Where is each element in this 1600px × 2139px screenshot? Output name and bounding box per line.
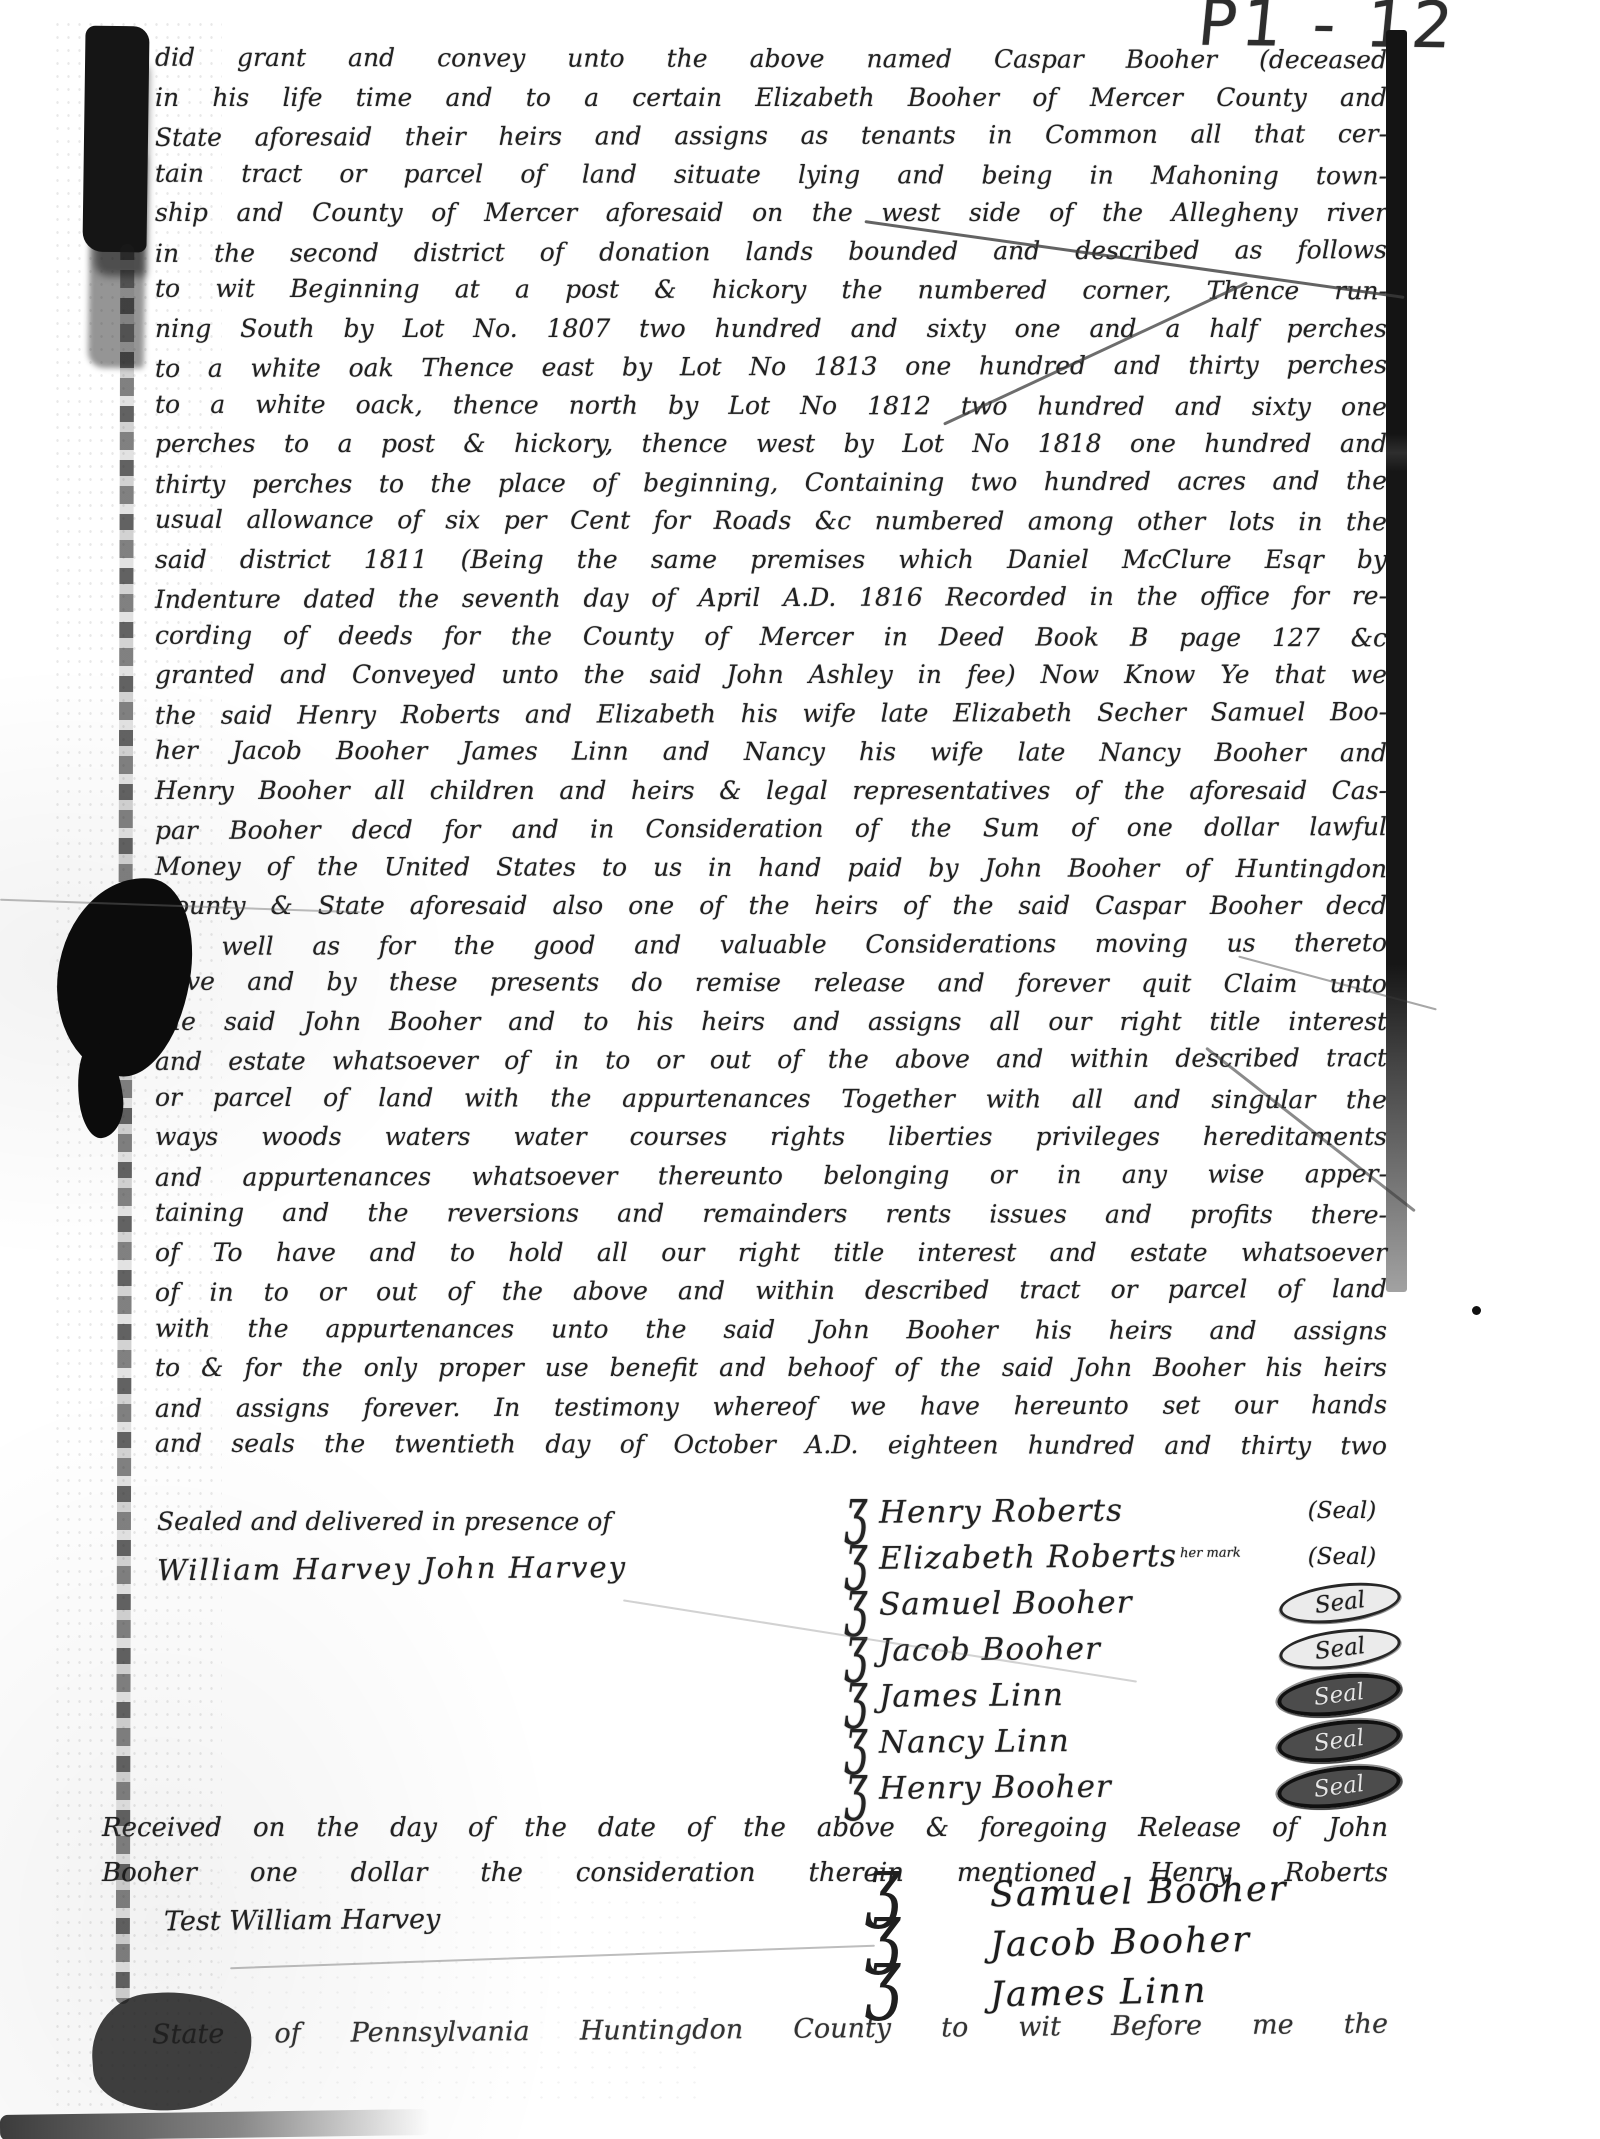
signature-name: Elizabeth Robertsher mark xyxy=(879,1537,1283,1577)
seal-stamp: Seal xyxy=(1277,1577,1403,1630)
signer-name: Samuel Booher xyxy=(879,1585,1133,1623)
left-edge-streak-artifact xyxy=(116,244,135,2004)
deed-body-line: or parcel of land with the appurtenances… xyxy=(155,1078,1387,1119)
deed-body-line: State aforesaid their heirs and assigns … xyxy=(155,115,1387,157)
signer-name: Nancy Linn xyxy=(879,1723,1070,1761)
deed-body-line: with the appurtenances unto the said Joh… xyxy=(155,1309,1387,1350)
witness-line: William Harvey John Harvey xyxy=(157,1546,797,1590)
signature-row: ʒ Samuel Booher Seal xyxy=(845,1580,1401,1626)
signer-name: Jacob Booher xyxy=(879,1631,1101,1669)
signature-row: ʒ Henry Booher Seal xyxy=(845,1764,1401,1810)
deed-body-line: Indenture dated the seventh day of April… xyxy=(155,577,1387,619)
deed-body-line: County & State aforesaid also one of the… xyxy=(155,887,1387,926)
signature-row: ʒ James Linn Seal xyxy=(845,1672,1401,1718)
signature-row: ʒ Nancy Linn Seal xyxy=(845,1718,1401,1764)
deed-body-line: and appurtenances whatsoever thereunto b… xyxy=(155,1155,1387,1197)
signature-row: ʒ Henry Roberts (Seal) xyxy=(845,1488,1401,1534)
left-edge-ink-artifact xyxy=(82,26,149,253)
scanned-deed-page: P1 - 12 did grant and convey unto the ab… xyxy=(0,0,1600,2139)
signature-name: Samuel Booher xyxy=(879,1583,1279,1622)
right-edge-bar-artifact xyxy=(1386,30,1407,1292)
receipt-line: Received on the day of the date of the a… xyxy=(102,1806,1388,1851)
deed-body-line: have and by these presents do remise rel… xyxy=(155,963,1387,1004)
deed-body-line: perches to a post & hickory, thence west… xyxy=(155,425,1387,464)
seal-stamp: Seal xyxy=(1275,1668,1403,1723)
signature-block: ʒ Henry Roberts (Seal) ʒ Elizabeth Rober… xyxy=(845,1488,1401,1810)
tall-brace-mark-icon: ʒ ʒ ʒ xyxy=(866,1862,901,2000)
deed-body-line: tain tract or parcel of land situate lyi… xyxy=(155,154,1387,195)
deed-body-line: to & for the only proper use benefit and… xyxy=(155,1349,1387,1388)
signature-name: James Linn xyxy=(879,1675,1277,1714)
seal-stamp: (Seal) xyxy=(1283,1544,1401,1570)
deed-body-line: par Booher decd for and in Consideration… xyxy=(155,808,1387,850)
deed-body-line: usual allowance of six per Cent for Road… xyxy=(155,501,1387,542)
witness-block: Sealed and delivered in presence of Will… xyxy=(157,1502,797,1588)
deed-body-line: taining and the reversions and remainder… xyxy=(155,1194,1387,1235)
deed-body-line: Money of the United States to us in hand… xyxy=(155,847,1387,888)
deed-body-line: the said Henry Roberts and Elizabeth his… xyxy=(155,693,1387,735)
second-signature-name: Samuel Booher xyxy=(990,1862,1411,1921)
signer-name: Elizabeth Roberts xyxy=(879,1538,1177,1577)
deed-body-line: cording of deeds for the County of Merce… xyxy=(155,616,1387,657)
seal-stamp: (Seal) xyxy=(1283,1498,1401,1524)
deed-body-line: Henry Booher all children and heirs & le… xyxy=(155,772,1387,811)
deed-body-line: as well as for the good and valuable Con… xyxy=(155,924,1387,966)
witness-line: Sealed and delivered in presence of xyxy=(157,1502,797,1542)
deed-body-line: her Jacob Booher James Linn and Nancy hi… xyxy=(155,732,1387,773)
ink-dot-artifact xyxy=(1472,1306,1481,1315)
deed-body-line: and assigns forever. In testimony whereo… xyxy=(155,1386,1387,1428)
crease-line-artifact xyxy=(230,1945,875,1970)
second-signature-block: Samuel Booher Jacob Booher James Linn xyxy=(990,1866,1410,2016)
signer-name: James Linn xyxy=(879,1677,1064,1715)
deed-body-line: to a white oack, thence north by Lot No … xyxy=(155,385,1387,426)
bottom-smear-artifact xyxy=(0,2109,430,2139)
her-mark-note: her mark xyxy=(1180,1546,1241,1562)
deed-body-line: and estate whatsoever of in to or out of… xyxy=(155,1039,1387,1081)
signature-name: Nancy Linn xyxy=(879,1721,1277,1760)
deed-body-line: did grant and convey unto the above name… xyxy=(155,39,1387,80)
bottom-left-ink-artifact xyxy=(88,1987,256,2116)
deed-body-line: granted and Conveyed unto the said John … xyxy=(155,656,1387,695)
signature-row: ʒ Jacob Booher Seal xyxy=(845,1626,1401,1672)
seal-stamp: Seal xyxy=(1277,1623,1403,1676)
second-signature-name: Jacob Booher xyxy=(990,1912,1411,1971)
deed-body-line: ship and County of Mercer aforesaid on t… xyxy=(155,194,1387,233)
deed-body-line: of in to or out of the above and within … xyxy=(155,1270,1387,1312)
signature-name: Jacob Booher xyxy=(879,1629,1279,1668)
deed-body-line: in his life time and to a certain Elizab… xyxy=(155,79,1387,118)
acknowledgment-line: State of Pennsylvania Huntingdon County … xyxy=(152,2009,1388,2051)
seal-stamp: Seal xyxy=(1275,1714,1403,1769)
signature-row: ʒ Elizabeth Robertsher mark (Seal) xyxy=(845,1534,1401,1580)
signer-name: Henry Roberts xyxy=(879,1493,1123,1531)
deed-body: did grant and convey unto the above name… xyxy=(155,40,1387,1465)
deed-body-line: ways woods waters water courses rights l… xyxy=(155,1118,1387,1157)
deed-body-line: of To have and to hold all our right tit… xyxy=(155,1234,1387,1273)
deed-body-line: to a white oak Thence east by Lot No 181… xyxy=(155,346,1387,388)
signer-name: Henry Booher xyxy=(879,1769,1112,1807)
deed-body-line: thirty perches to the place of beginning… xyxy=(155,462,1387,504)
deed-body-line: and seals the twentieth day of October A… xyxy=(155,1425,1387,1466)
deed-body-line: said district 1811 (Being the same premi… xyxy=(155,541,1387,580)
deed-body-line: to wit Beginning at a post & hickory the… xyxy=(155,270,1387,311)
signature-name: Henry Roberts xyxy=(879,1491,1283,1531)
deed-body-line: the said John Booher and to his heirs an… xyxy=(155,1003,1387,1042)
deed-body-line: ning South by Lot No. 1807 two hundred a… xyxy=(155,310,1387,349)
signature-name: Henry Booher xyxy=(879,1767,1277,1806)
deed-body-line: in the second district of donation lands… xyxy=(155,231,1387,273)
